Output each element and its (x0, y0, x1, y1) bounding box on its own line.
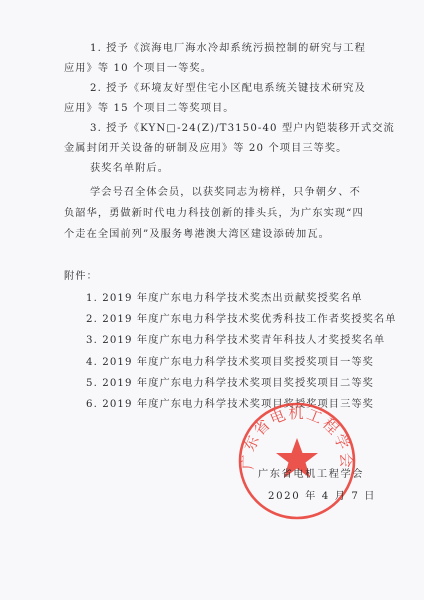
attachment-item: 3. 2019 年度广东电力科学技术奖青年科技人才奖授奖名单 (86, 334, 385, 348)
appeal-line-2: 负韶华，勇做新时代电力科技创新的排头兵，为广东实现“四 (64, 207, 364, 221)
document-page: 1. 授予《滨海电厂海水冷却系统污损控制的研究与工程 应用》等 10 个项目一等… (0, 0, 424, 600)
award-1-line-1: 1. 授予《滨海电厂海水冷却系统污损控制的研究与工程 (90, 42, 366, 56)
award-2-line-2: 应用》等 15 个项目二等奖项目。 (64, 102, 235, 116)
attachment-item: 2. 2019 年度广东电力科学技术奖优秀科技工作者奖授奖名单 (86, 313, 397, 327)
attachments-label: 附件： (64, 270, 98, 284)
list-note: 获奖名单附后。 (90, 162, 169, 176)
appeal-line-1: 学会号召全体会员，以获奖同志为榜样，只争朝夕、不 (90, 186, 361, 200)
signature-organization: 广东省电机工程学会 (258, 468, 364, 482)
award-1-line-2: 应用》等 10 个项目一等奖。 (64, 62, 212, 76)
attachment-item: 4. 2019 年度广东电力科学技术奖项目奖授奖项目一等奖 (86, 356, 374, 370)
signature-date: 2020 年 4 月 7 日 (268, 490, 376, 504)
attachment-item: 1. 2019 年度广东电力科学技术奖杰出贡献奖授奖名单 (86, 292, 363, 306)
award-2-line-1: 2. 授予《环境友好型住宅小区配电系统关键技术研究及 (90, 82, 366, 96)
award-3-line-1: 3. 授予《KYN□-24(Z)/T3150-40 型户内铠装移开式交流 (90, 122, 395, 136)
attachment-item: 5. 2019 年度广东电力科学技术奖项目奖授奖项目二等奖 (86, 377, 374, 391)
award-3-line-2: 金属封闭开关设备的研制及应用》等 20 个项目三等奖。 (64, 142, 347, 156)
appeal-line-3: 个走在全国前列”及服务粤港澳大湾区建设添砖加瓦。 (64, 228, 330, 242)
